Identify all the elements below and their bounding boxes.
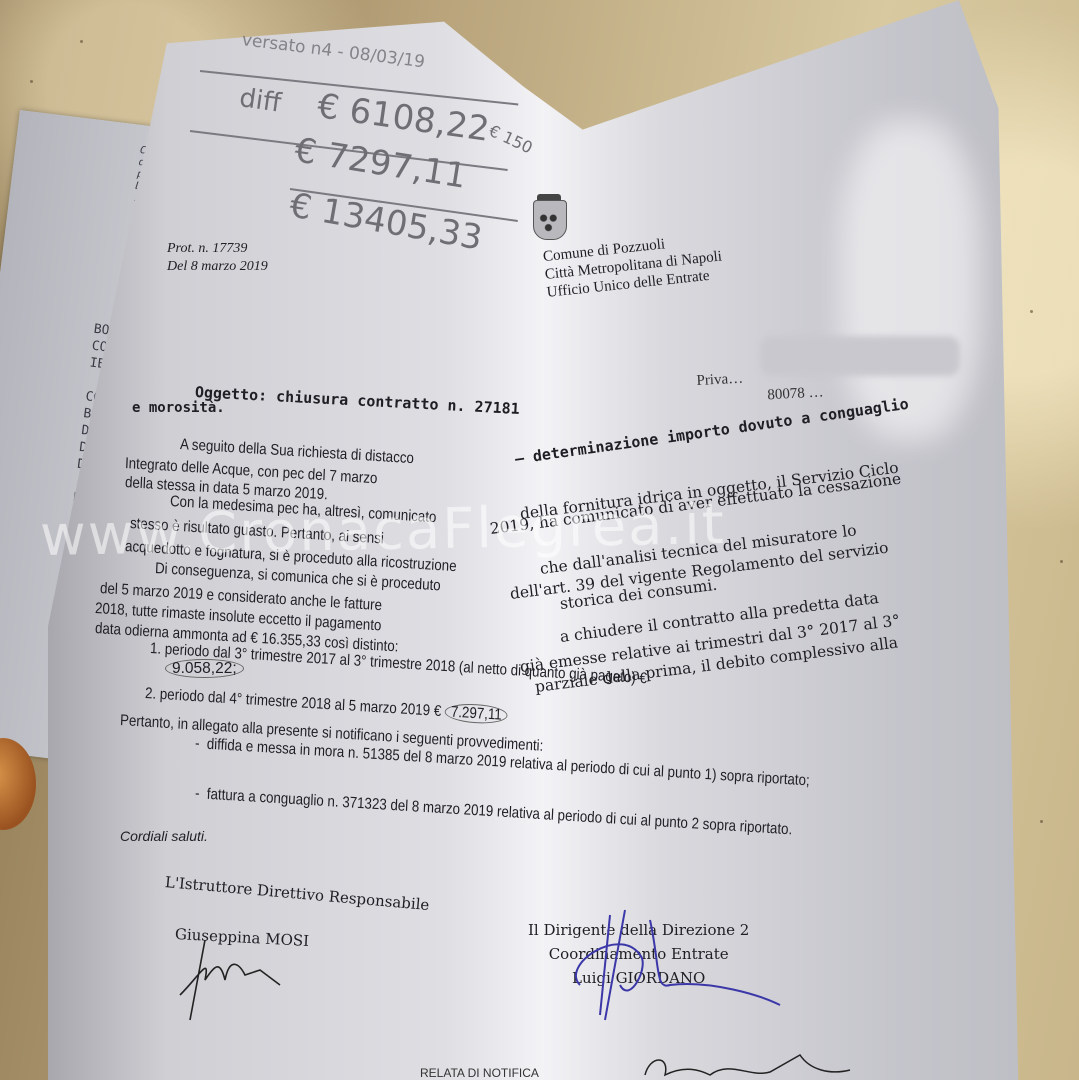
stone-speck [1060, 560, 1063, 563]
stone-speck [80, 40, 83, 43]
stone-speck [1030, 310, 1033, 313]
circled-amount-2: 7.297,11 [444, 702, 508, 725]
list-item-amount: 9.058,22; [165, 660, 244, 678]
signature-left-icon [170, 935, 310, 1025]
recipient-line: 80078 … [767, 383, 824, 404]
notification-signature-icon [640, 1050, 860, 1080]
recipient-address: Priva… 80078 … [696, 365, 824, 408]
list-item-number: 1. [150, 640, 162, 658]
stone-speck [30, 80, 33, 83]
coat-of-arms-icon [533, 200, 567, 240]
watermark: www.CronacaFlegrea.it [39, 492, 726, 569]
closing: Cordiali saluti. [120, 828, 208, 844]
bullet-dash: - [195, 785, 208, 803]
protocol-block: Prot. n. 17739 Del 8 marzo 2019 [167, 240, 268, 276]
stone-speck [1040, 820, 1043, 823]
sunlight-patch [840, 120, 980, 440]
circled-amount-1: 9.058,22; [165, 659, 244, 678]
protocol-number: Prot. n. 17739 [167, 240, 268, 258]
protocol-date: Del 8 marzo 2019 [167, 258, 268, 276]
handwritten-diff-label: diff [237, 83, 282, 119]
signature-right-icon [560, 905, 800, 1025]
footer-relata: RELATA DI NOTIFICA [420, 1066, 539, 1080]
bullet-dash: - [195, 735, 208, 753]
list-item-number: 2. [145, 685, 157, 703]
subject-continuation: e morosità. [132, 400, 225, 416]
